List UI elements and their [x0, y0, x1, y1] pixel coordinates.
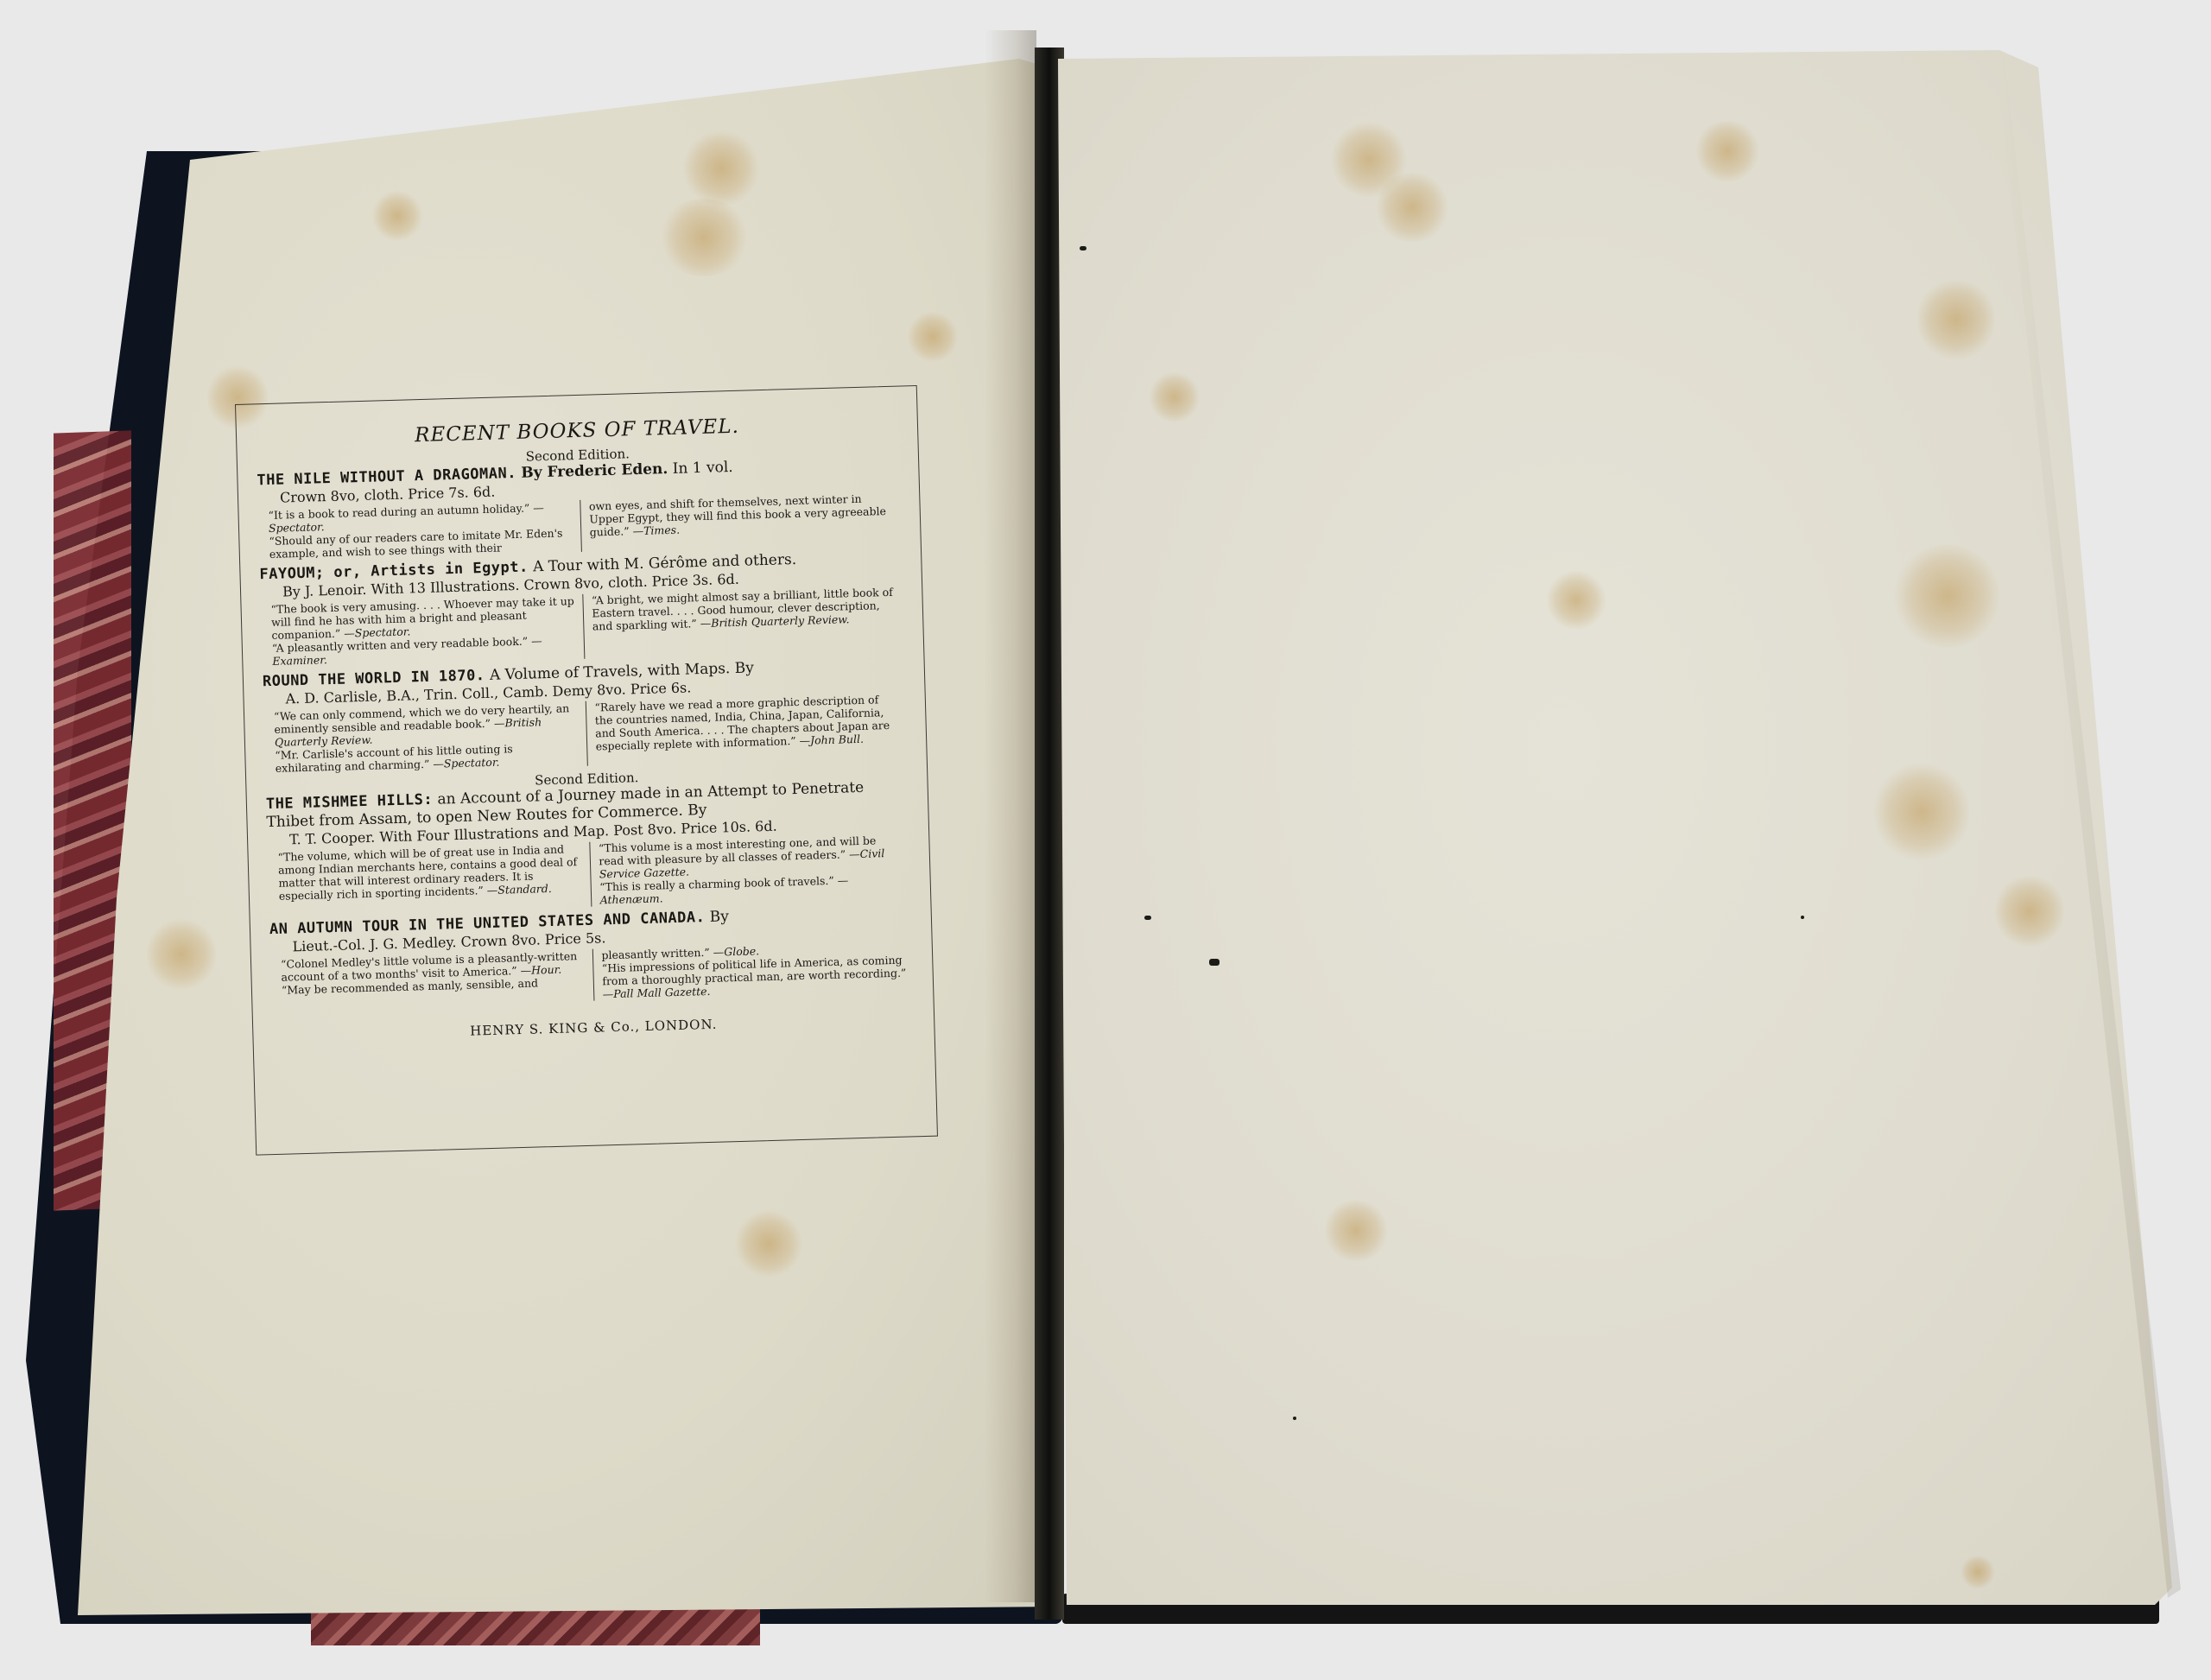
- ad-entry-mishmee-hills: Second Edition. THE MISHMEE HILLS: an Ac…: [265, 762, 911, 916]
- review-quote: “This volume is a most interesting one, …: [599, 834, 877, 867]
- review-source: —Times.: [632, 523, 680, 538]
- book-extra: In 1 vol.: [672, 459, 732, 478]
- ad-entry-nile: Second Edition. THE NILE WITHOUT A DRAGO…: [257, 439, 902, 561]
- review-source: —Pall Mall Gazette.: [603, 985, 711, 1000]
- right-page-blank: [1058, 50, 2181, 1605]
- review-quote: “The book is very amusing. . . . Whoever…: [270, 594, 574, 642]
- review-source: —Standard.: [487, 882, 552, 897]
- review-source: —Hour.: [520, 963, 561, 977]
- publisher-imprint: HENRY S. KING & Co., LONDON.: [272, 1011, 915, 1044]
- left-gutter-shadow: [985, 30, 1036, 1602]
- book-photo: RECENT BOOKS OF TRAVEL. Second Edition. …: [0, 0, 2211, 1680]
- review-source: —Spectator.: [433, 756, 499, 770]
- ad-entry-fayoum: FAYOUM; or, Artists in Egypt. A Tour wit…: [259, 548, 904, 669]
- review-source: —John Bull.: [799, 732, 864, 747]
- book-byline: By Frederic Eden.: [521, 460, 668, 482]
- ad-entry-autumn-tour: AN AUTUMN TOUR IN THE UNITED STATES AND …: [269, 903, 915, 1010]
- book-byline: By: [709, 908, 729, 926]
- advertisement-panel: RECENT BOOKS OF TRAVEL. Second Edition. …: [235, 385, 938, 1156]
- ad-entry-round-the-world: ROUND THE WORLD IN 1870. A Volume of Tra…: [263, 655, 908, 775]
- review-source: —Globe.: [713, 944, 760, 958]
